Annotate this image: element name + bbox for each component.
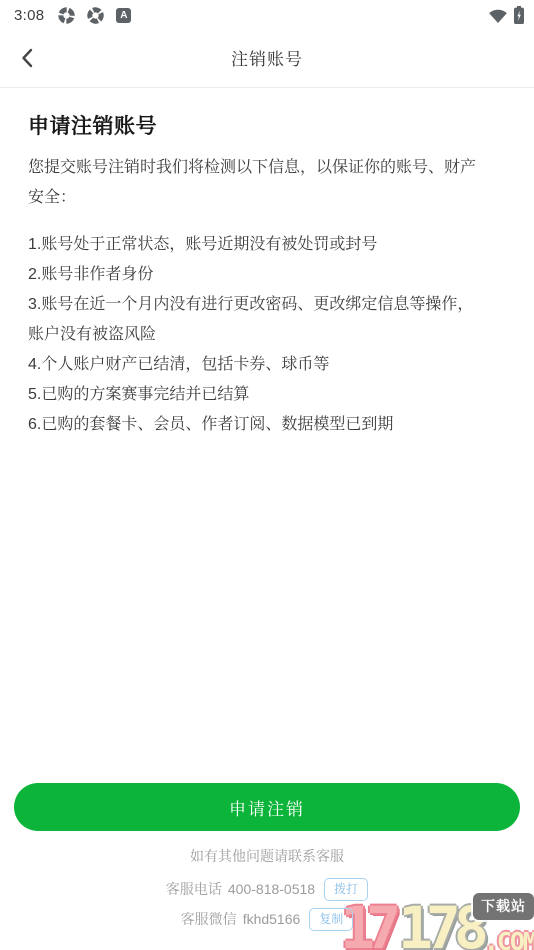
phone-row: 客服电话 400-818-0518 拨打 [14, 878, 520, 900]
phone-number: 400-818-0518 [228, 881, 315, 897]
condition-item: 4.个人账户财产已结清，包括卡券、球币等 [28, 350, 486, 380]
condition-item: 2.账号非作者身份 [28, 260, 486, 290]
sync-icon [87, 7, 104, 24]
copy-button[interactable]: 复制 [309, 908, 353, 931]
battery-charging-icon [514, 6, 524, 24]
page-title: 注销账号 [231, 45, 303, 70]
footer: 申请注销 如有其他问题请联系客服 客服电话 400-818-0518 拨打 客服… [0, 783, 534, 950]
apply-cancel-button[interactable]: 申请注销 [14, 783, 520, 831]
wechat-id: fkhd5166 [243, 911, 301, 927]
condition-item: 6.已购的套餐卡、会员、作者订阅、数据模型已到期 [28, 410, 486, 440]
condition-item: 5.已购的方案赛事完结并已结算 [28, 380, 486, 410]
condition-list: 1.账号处于正常状态，账号近期没有被处罚或封号 2.账号非作者身份 3.账号在近… [28, 230, 486, 440]
content-area: 申请注销账号 您提交账号注销时我们将检测以下信息，以保证你的账号、财产安全： 1… [0, 88, 486, 440]
help-text: 如有其他问题请联系客服 [14, 846, 520, 866]
wechat-row: 客服微信 fkhd5166 复制 [14, 908, 520, 930]
auto-rotate-icon: A [116, 8, 131, 23]
back-button[interactable] [10, 40, 46, 76]
app-header: 注销账号 [0, 28, 534, 88]
wifi-icon [488, 7, 508, 24]
section-heading: 申请注销账号 [28, 110, 486, 140]
phone-label: 客服电话 [166, 879, 222, 899]
call-button[interactable]: 拨打 [324, 878, 368, 901]
condition-item: 1.账号处于正常状态，账号近期没有被处罚或封号 [28, 230, 486, 260]
sync-icon [58, 7, 75, 24]
chevron-left-icon [16, 45, 40, 71]
clock: 3:08 [14, 7, 44, 24]
wechat-label: 客服微信 [181, 909, 237, 929]
status-bar: 3:08 A [0, 0, 534, 28]
condition-item: 3.账号在近一个月内没有进行更改密码、更改绑定信息等操作，账户没有被盗风险 [28, 290, 486, 350]
account-cancel-screen: 3:08 A [0, 0, 534, 950]
intro-text: 您提交账号注销时我们将检测以下信息，以保证你的账号、财产安全： [28, 153, 486, 213]
